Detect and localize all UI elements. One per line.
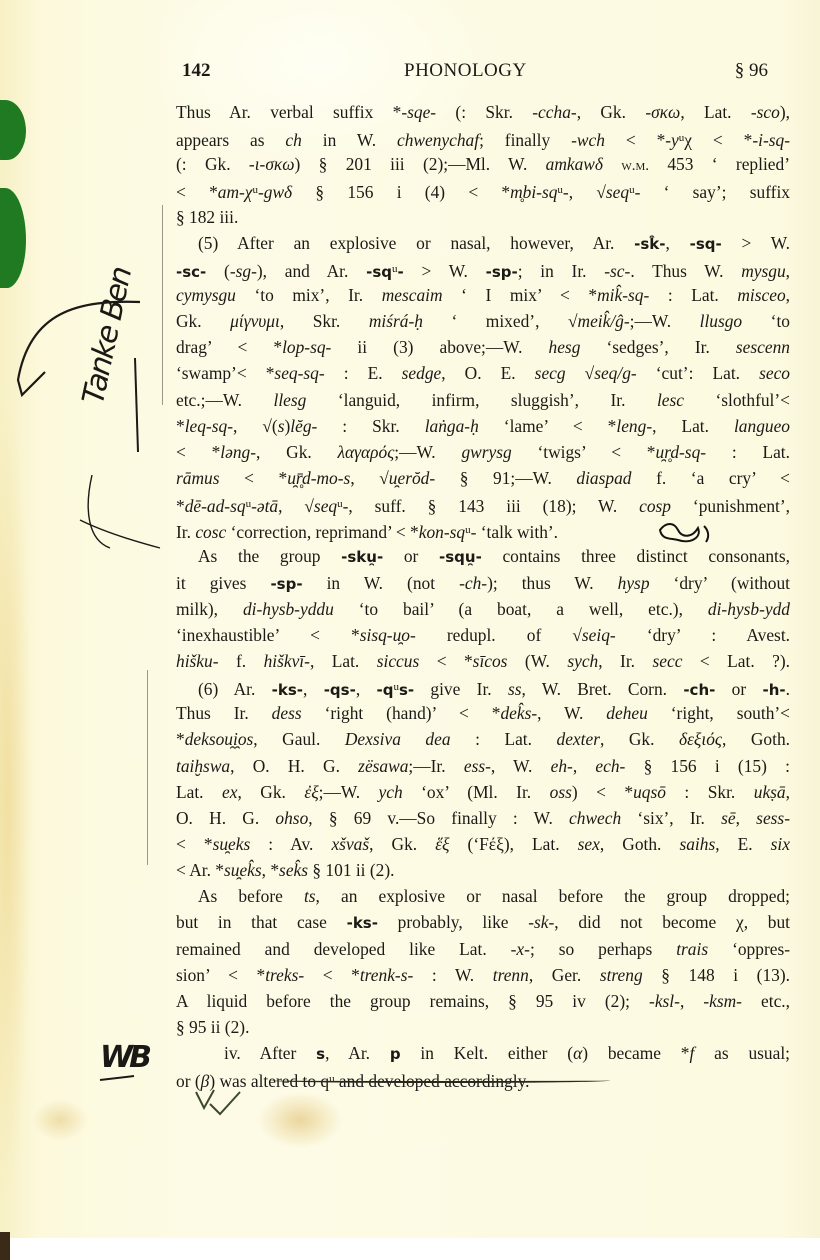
scanned-book-page: 142 PHONOLOGY § 96 Thus Ar. verbal suffi… (0, 0, 820, 1238)
handwritten-initials: WB (100, 1040, 148, 1075)
scan-bottom-edge (0, 1238, 820, 1260)
